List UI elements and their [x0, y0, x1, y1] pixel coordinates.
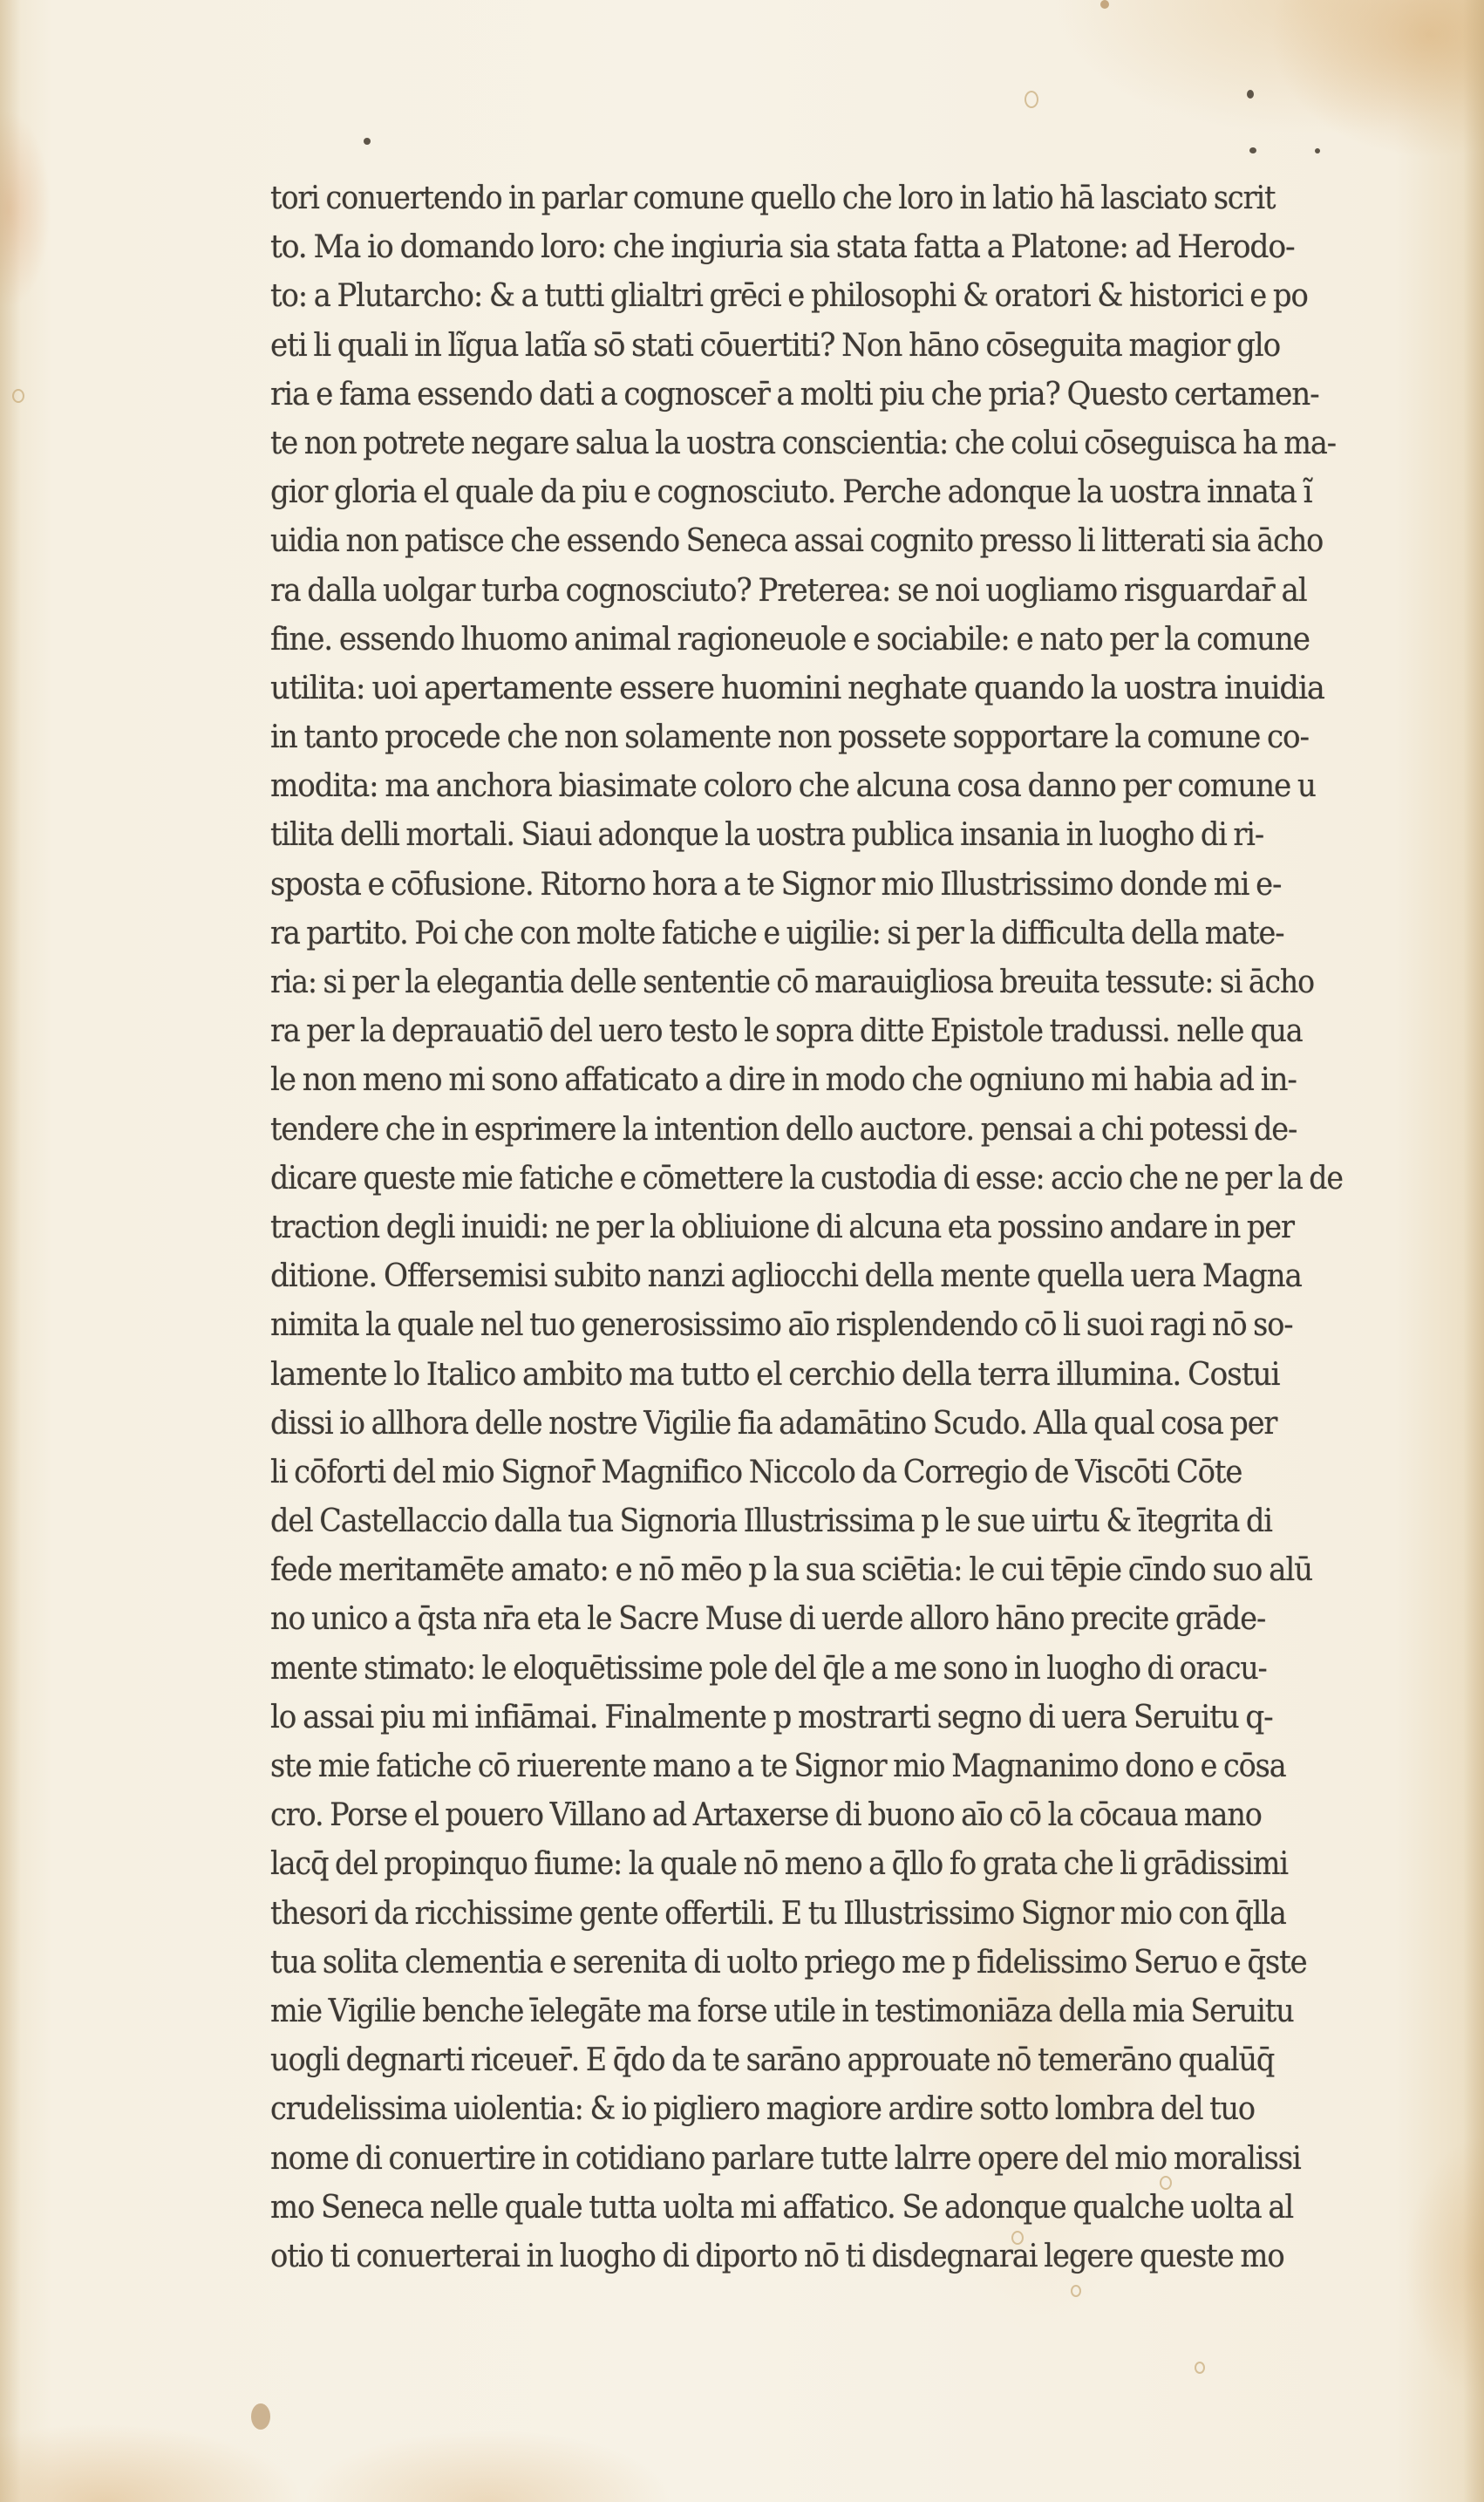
body-text: tori conuertendo in parlar comune quello… [270, 174, 1386, 2281]
text-line: ditione. Offersemisi subito nanzi aglioc… [270, 1252, 1331, 1301]
text-line: ra dalla uolgar turba cognosciuto? Prete… [270, 567, 1331, 616]
text-line: tua solita clementia e serenita di uolto… [270, 1939, 1319, 1987]
text-line: fede meritamēte amato: e nō mēo p la sua… [270, 1546, 1331, 1595]
text-line: li cōforti del mio Signor̄ Magnifico Nic… [270, 1449, 1319, 1497]
text-line: tilita delli mortali. Siaui adonque la u… [270, 811, 1308, 860]
foxing-ring [1025, 91, 1038, 108]
text-line: ra per la deprauatiō del uero testo le s… [270, 1007, 1308, 1056]
text-line: thesori da ricchissime gente offertili. … [270, 1890, 1308, 1939]
text-line: sposta e cōfusione. Ritorno hora a te Si… [270, 861, 1319, 910]
text-line: le non meno mi sono affaticato a dire in… [270, 1056, 1331, 1105]
text-line: ra partito. Poi che con molte fatiche e … [270, 910, 1308, 958]
text-line: ria e fama essendo dati a cognoscer̄ a m… [270, 371, 1331, 419]
text-line: utilita: uoi apertamente essere huomini … [270, 665, 1364, 713]
text-line: te non potrete negare salua la uostra co… [270, 419, 1308, 468]
text-line: traction degli inuidi: ne per la obliuio… [270, 1203, 1308, 1252]
stain-spot [251, 2403, 270, 2430]
text-line: ste mie fatiche cō riuerente mano a te S… [270, 1742, 1308, 1791]
text-line: modita: ma anchora biasimate coloro che … [270, 762, 1331, 811]
text-line: to. Ma io domando loro: che ingiuria sia… [270, 223, 1342, 272]
text-line: nome di conuertire in cotidiano parlare … [270, 2135, 1319, 2184]
foxing-ring [1195, 2362, 1205, 2374]
text-line: dicare queste mie fatiche e cōmettere la… [270, 1155, 1297, 1203]
text-line: eti li quali in lĩgua latĩa sō stati cōu… [270, 322, 1331, 371]
text-line: lacq̄ del propinquo fiume: la quale nō m… [270, 1840, 1308, 1889]
text-line: no unico a q̄sta nr̄a eta le Sacre Muse … [270, 1595, 1308, 1644]
text-line: mo Seneca nelle quale tutta uolta mi aff… [270, 2184, 1319, 2233]
text-line: otio ti conuerterai in luogho di diporto… [270, 2233, 1319, 2281]
ink-speck [364, 138, 371, 145]
text-line: uogli degnarti riceuer̄. E q̄do da te sa… [270, 2036, 1308, 2085]
text-line: in tanto procede che non solamente non p… [270, 713, 1331, 762]
text-line: crudelissima uiolentia: & io pigliero ma… [270, 2085, 1308, 2134]
ink-speck [1315, 148, 1320, 153]
text-line: fine. essendo lhuomo animal ragioneuole … [270, 616, 1331, 665]
text-line: tori conuertendo in parlar comune quello… [270, 174, 1308, 223]
text-line: cro. Porse el pouero Villano ad Artaxers… [270, 1791, 1308, 1840]
page-right-edge-shadow [1463, 0, 1484, 2502]
text-line: tendere che in esprimere la intention de… [270, 1106, 1308, 1155]
text-line: dissi io allhora delle nostre Vigilie fi… [270, 1400, 1308, 1449]
text-line: del Castellaccio dalla tua Signoria Illu… [270, 1497, 1308, 1546]
page-left-edge-shadow [0, 0, 21, 2502]
manuscript-page: tori conuertendo in parlar comune quello… [0, 0, 1484, 2502]
text-line: mie Vigilie benche īelegāte ma forse uti… [270, 1987, 1308, 2036]
text-line: gior gloria el quale da piu e cognosciut… [270, 468, 1331, 517]
text-line: lamente lo Italico ambito ma tutto el ce… [270, 1351, 1342, 1400]
text-line: to: a Plutarcho: & a tutti glialtri grēc… [270, 272, 1319, 321]
ink-speck [1249, 147, 1256, 153]
ink-speck [1247, 90, 1254, 99]
foxing-ring [1071, 2285, 1081, 2297]
text-line: ria: si per la elegantia delle sententie… [270, 958, 1297, 1007]
text-line: nimita la quale nel tuo generosissimo aī… [270, 1301, 1308, 1350]
foxing-ring [12, 389, 24, 403]
text-line: uidia non patisce che essendo Seneca ass… [270, 517, 1308, 566]
text-line: lo assai piu mi infiāmai. Finalmente p m… [270, 1694, 1331, 1742]
stain-spot [1100, 0, 1109, 9]
text-line: mente stimato: le eloquētissime pole del… [270, 1645, 1297, 1694]
